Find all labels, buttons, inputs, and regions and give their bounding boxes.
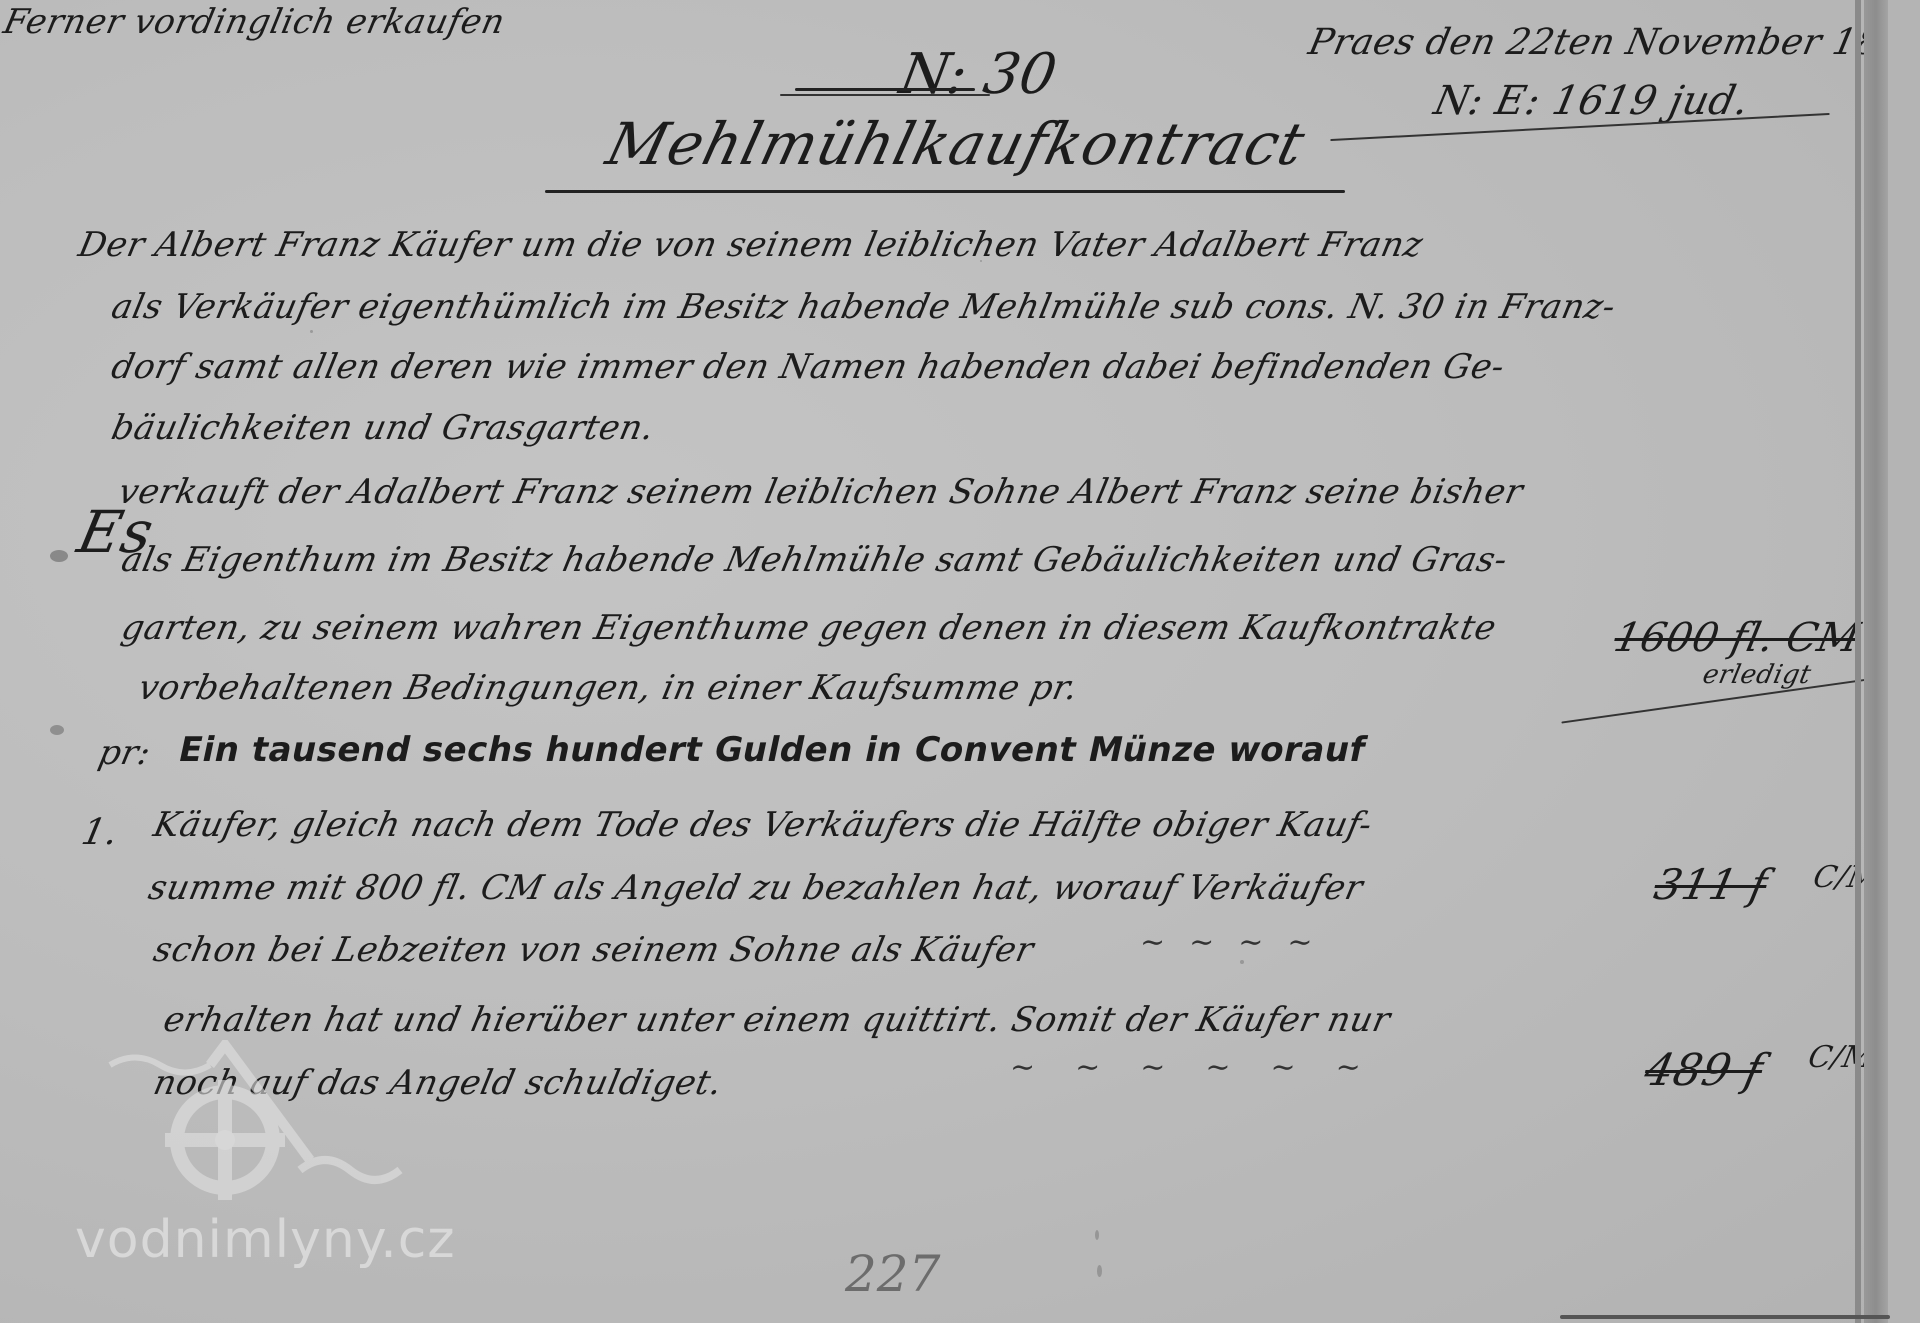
- ink-blot: [50, 550, 68, 562]
- paragraph3-line: erhalten hat und hierüber unter einem qu…: [160, 1000, 1394, 1040]
- paragraph3-margin-mark: 1.: [78, 812, 122, 853]
- header-fragment: Ferner vordinglich erkaufen: [0, 2, 509, 42]
- paragraph2-line: vorbehaltenen Bedingungen, in einer Kauf…: [135, 668, 1082, 708]
- watermark-text: vodnimlyny.cz: [75, 1210, 456, 1270]
- document-page: Ferner vordinglich erkaufen N: 30 Praes …: [0, 0, 1920, 1323]
- amount-total-struck: 1600 fl. CM: [1610, 615, 1864, 661]
- paragraph1-line: bäulichkeiten und Grasgarten.: [108, 408, 658, 448]
- amount-311-struck: 311 f: [1650, 860, 1772, 909]
- paragraph3-line: summe mit 800 fl. CM als Angeld zu bezah…: [145, 868, 1367, 908]
- paragraph1-line: dorf samt allen deren wie immer den Name…: [108, 347, 1508, 387]
- filler-dashes: ∼∼∼∼∼∼: [1010, 1050, 1401, 1085]
- entry-number-underline: [795, 88, 975, 91]
- paragraph1-line: Der Albert Franz Käufer um die von seine…: [75, 225, 1427, 265]
- filing-note-date: Praes den 22ten November 1838: [1305, 22, 1920, 63]
- paper-speck: [310, 330, 313, 333]
- paragraph2-line: garten, zu seinem wahren Eigenthume gege…: [118, 608, 1500, 648]
- paragraph1-line: als Verkäufer eigenthümlich im Besitz ha…: [108, 287, 1619, 327]
- entry-number-underline: [780, 94, 990, 96]
- price-in-words: Ein tausend sechs hundert Gulden in Conv…: [175, 730, 1369, 770]
- amount-489-struck: 489 f: [1640, 1045, 1768, 1096]
- paper-speck: [1097, 1265, 1102, 1277]
- paragraph2-line: als Eigenthum im Besitz habende Mehlmühl…: [118, 540, 1511, 580]
- paper-speck: [1095, 1230, 1099, 1240]
- filing-note-number: N: E: 1619 jud.: [1430, 78, 1753, 124]
- paragraph3-line: schon bei Lebzeiten von seinem Sohne als…: [150, 930, 1037, 970]
- price-prefix: pr:: [95, 733, 154, 773]
- page-edge-line: [1855, 0, 1861, 1323]
- paper-speck: [1240, 960, 1244, 964]
- title-underline: [545, 190, 1345, 193]
- adjacent-page: [1888, 0, 1920, 1323]
- book-fore-edge: [1864, 0, 1888, 1323]
- paragraph2-line: verkauft der Adalbert Franz seinem leibl…: [115, 472, 1527, 512]
- amount-total-note: erledigt: [1700, 660, 1814, 690]
- paragraph3-line: Käufer, gleich nach dem Tode des Verkäuf…: [150, 805, 1376, 845]
- page-number: 227: [845, 1245, 940, 1303]
- document-title: Mehlmühlkaufkontract: [600, 110, 1312, 178]
- entry-number: N: 30: [895, 42, 1061, 107]
- watermill-wheel-icon: [90, 1040, 410, 1230]
- filler-dashes: ∼∼∼∼: [1140, 925, 1337, 960]
- ink-blot: [50, 725, 64, 735]
- page-bottom-edge: [1560, 1315, 1890, 1319]
